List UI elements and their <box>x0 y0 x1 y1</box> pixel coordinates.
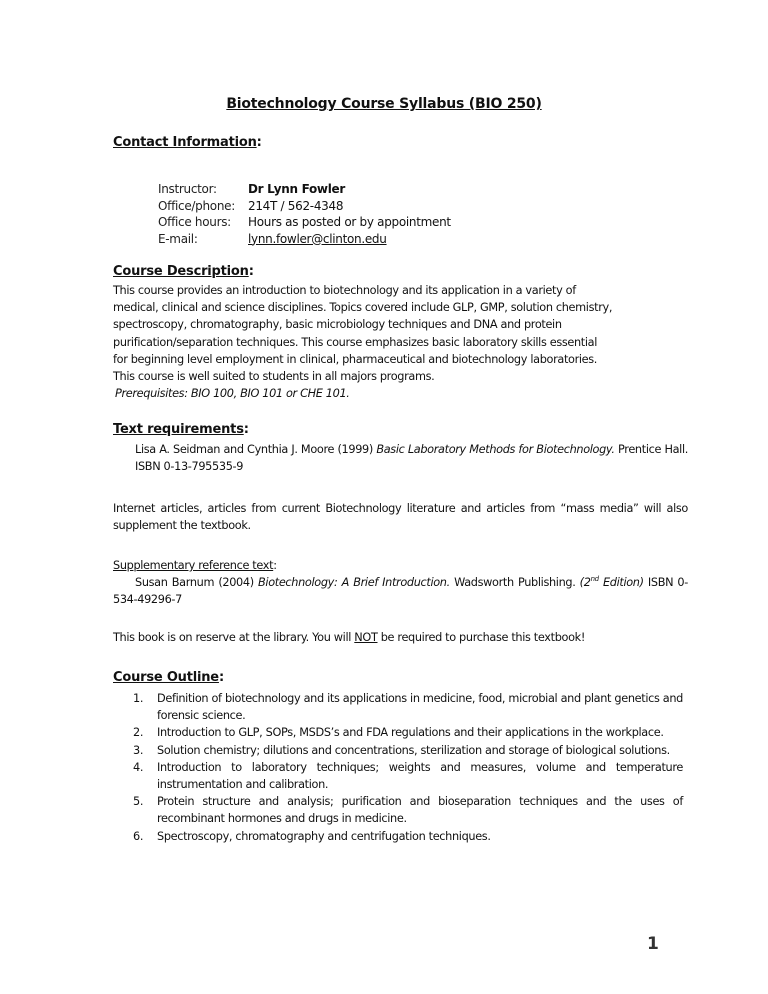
office-hours-value: Hours as posted or by appointment <box>248 214 451 231</box>
outline-number: 2. <box>133 724 157 741</box>
primary-book-title: Basic Laboratory Methods for Biotechnolo… <box>376 443 614 456</box>
outline-number: 5. <box>133 793 157 827</box>
primary-textbook: Lisa A. Seidman and Cynthia J. Moore (19… <box>135 441 688 475</box>
description-line: This course provides an introduction to … <box>113 282 693 299</box>
edition-open: (2 <box>580 576 591 589</box>
description-line: This course is well suited to students i… <box>113 368 693 385</box>
edition-close: Edition) <box>603 576 644 589</box>
description-line: for beginning level employment in clinic… <box>113 351 693 368</box>
outline-item: 3.Solution chemistry; dilutions and conc… <box>133 742 683 759</box>
document-page: Biotechnology Course Syllabus (BIO 250) … <box>0 0 768 994</box>
primary-authors: Lisa A. Seidman and Cynthia J. Moore (19… <box>135 443 373 456</box>
outline-item: 4.Introduction to laboratory techniques;… <box>133 759 683 793</box>
course-outline-list: 1.Definition of biotechnology and its ap… <box>133 690 683 845</box>
description-line: medical, clinical and science discipline… <box>113 299 693 316</box>
reserve-note-after: be required to purchase this textbook! <box>378 631 586 644</box>
outline-number: 3. <box>133 742 157 759</box>
supplementary-heading-text: Supplementary reference text <box>113 559 273 572</box>
contact-label: Instructor: <box>158 181 248 198</box>
outline-number: 6. <box>133 828 157 845</box>
contact-label: Office/phone: <box>158 198 248 215</box>
heading-colon: : <box>273 559 276 572</box>
contact-row-office-phone: Office/phone: 214T / 562-4348 <box>158 198 451 215</box>
supp-publisher: Wadsworth Publishing. <box>454 576 575 589</box>
supp-book-title: Biotechnology: A Brief Introduction. <box>258 576 450 589</box>
office-phone-value: 214T / 562-4348 <box>248 198 343 215</box>
supp-authors: Susan Barnum (2004) <box>135 576 254 589</box>
outline-number: 1. <box>133 690 157 724</box>
supplementary-textbook: Susan Barnum (2004) Biotechnology: A Bri… <box>113 574 688 608</box>
contact-label: Office hours: <box>158 214 248 231</box>
contact-row-email: E-mail: lynn.fowler@clinton.edu <box>158 231 451 248</box>
outline-item: 2.Introduction to GLP, SOPs, MSDS’s and … <box>133 724 683 741</box>
contact-row-office-hours: Office hours: Hours as posted or by appo… <box>158 214 451 231</box>
outline-text: Spectroscopy, chromatography and centrif… <box>157 828 683 845</box>
outline-heading-text: Course Outline <box>113 670 219 685</box>
reserve-note: This book is on reserve at the library. … <box>113 629 713 646</box>
outline-text: Definition of biotechnology and its appl… <box>157 690 683 724</box>
heading-colon: : <box>219 670 224 685</box>
contact-heading: Contact Information: <box>113 135 262 150</box>
text-requirements-heading: Text requirements: <box>113 422 249 437</box>
outline-text: Protein structure and analysis; purifica… <box>157 793 683 827</box>
outline-item: 1.Definition of biotechnology and its ap… <box>133 690 683 724</box>
contact-heading-text: Contact Information <box>113 135 257 150</box>
email-link[interactable]: lynn.fowler@clinton.edu <box>248 231 387 248</box>
contact-table: Instructor: Dr Lynn Fowler Office/phone:… <box>158 181 451 247</box>
internet-note: Internet articles, articles from current… <box>113 500 688 534</box>
heading-colon: : <box>257 135 262 150</box>
reserve-note-emphasis: NOT <box>354 631 377 644</box>
instructor-name: Dr Lynn Fowler <box>248 181 345 198</box>
description-heading: Course Description: <box>113 264 254 279</box>
contact-label: E-mail: <box>158 231 248 248</box>
document-title: Biotechnology Course Syllabus (BIO 250) <box>0 96 768 112</box>
contact-row-instructor: Instructor: Dr Lynn Fowler <box>158 181 451 198</box>
description-line: purification/separation techniques. This… <box>113 334 693 351</box>
heading-colon: : <box>244 422 249 437</box>
outline-text: Solution chemistry; dilutions and concen… <box>157 742 683 759</box>
description-line: spectroscopy, chromatography, basic micr… <box>113 316 693 333</box>
reserve-note-before: This book is on reserve at the library. … <box>113 631 354 644</box>
outline-number: 4. <box>133 759 157 793</box>
page-number: 1 <box>647 934 659 954</box>
supp-edition: (2nd Edition) <box>580 576 644 589</box>
outline-item: 6.Spectroscopy, chromatography and centr… <box>133 828 683 845</box>
description-body: This course provides an introduction to … <box>113 282 693 402</box>
outline-item: 5.Protein structure and analysis; purifi… <box>133 793 683 827</box>
prerequisites: Prerequisites: BIO 100, BIO 101 or CHE 1… <box>113 385 693 402</box>
heading-colon: : <box>249 264 254 279</box>
outline-heading: Course Outline: <box>113 670 224 685</box>
text-requirements-heading-text: Text requirements <box>113 422 244 437</box>
outline-text: Introduction to laboratory techniques; w… <box>157 759 683 793</box>
supplementary-heading: Supplementary reference text: <box>113 557 683 574</box>
outline-text: Introduction to GLP, SOPs, MSDS’s and FD… <box>157 724 683 741</box>
description-heading-text: Course Description <box>113 264 249 279</box>
edition-sup: nd <box>591 575 599 583</box>
